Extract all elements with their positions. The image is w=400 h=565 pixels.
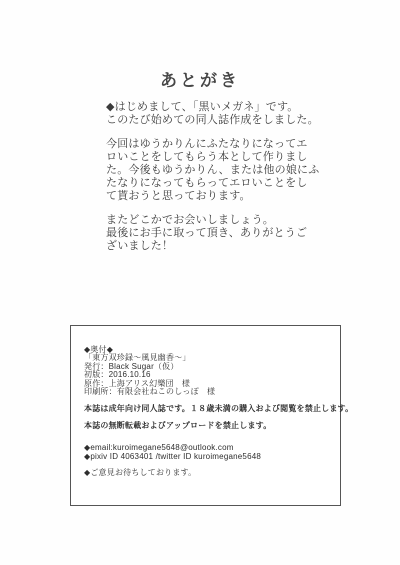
afterword-paragraph-main: 今回はゆうかりんにふたなりになってエ ロいことをしてもらう本として作りまし た。… — [106, 138, 338, 203]
afterword-body: ◆はじめまして、「黒いメガネ」です。 このたび始めての同人誌作成をしました。 今… — [106, 101, 338, 264]
afterword-paragraph-closing: またどこかでお会いしましょう。 最後にお手に取って頂き、ありがとうご ざいました… — [106, 214, 338, 253]
colophon-adult-notice: 本誌は成年向け同人誌です。１８歳未満の購入および閲覧を禁止します。 — [84, 405, 330, 413]
page-title: あとがき — [0, 66, 400, 91]
afterword-paragraph-intro: ◆はじめまして、「黒いメガネ」です。 このたび始めての同人誌作成をしました。 — [106, 101, 338, 127]
colophon-feedback-note: ◆ご意見お待ちしております。 — [84, 469, 330, 477]
colophon-social-ids: ◆pixiv ID 4063401 /twitter ID kuroimegan… — [84, 453, 330, 461]
colophon-printer: 印刷所：有限会社ねこのしっぽ 様 — [84, 388, 330, 396]
afterword-page: あとがき ◆はじめまして、「黒いメガネ」です。 このたび始めての同人誌作成をしま… — [0, 0, 400, 565]
colophon-no-reproduction-notice: 本誌の無断転載およびアップロードを禁止します。 — [84, 422, 330, 430]
colophon-box: ◆奥付◆ 「東方双珍録～風見幽香～」 発行：Black Sugar（仮） 初版：… — [70, 325, 341, 506]
